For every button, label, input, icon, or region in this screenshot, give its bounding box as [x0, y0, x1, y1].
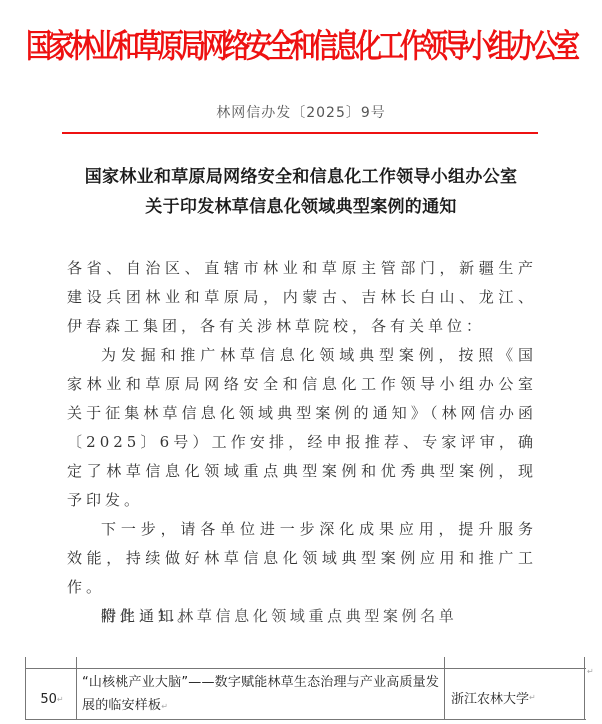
case-list-table: 50↵ “山核桃产业大脑”——数字赋能林草生态治理与产业高质量发展的临安样板↵ …	[26, 668, 586, 720]
paragraph-mark-icon: ↵	[529, 693, 536, 702]
table-row-organization-cell: 浙江农林大学↵	[451, 669, 581, 719]
notice-body: 各省、自治区、直辖市林业和草原主管部门，新疆生产建设兵团林业和草原局，内蒙古、吉…	[67, 254, 537, 631]
table-row-case-title-cell: “山核桃产业大脑”——数字赋能林草生态治理与产业高质量发展的临安样板↵	[82, 671, 442, 718]
table-row-number-cell: 50↵	[27, 669, 77, 719]
document-number: 林网信办发〔2025〕9号	[0, 102, 602, 124]
paragraph-mark-icon: ↵	[57, 695, 64, 704]
table-border-col2	[444, 657, 445, 720]
issuing-org-header: 国家林业和草原局网络安全和信息化工作领导小组办公室	[0, 22, 602, 72]
body-paragraph-1: 为发掘和推广林草信息化领域典型案例，按照《国家林业和草原局网络安全和信息化工作领…	[67, 341, 537, 515]
case-title: “山核桃产业大脑”——数字赋能林草生态治理与产业高质量发展的临安样板	[82, 675, 439, 713]
addressees: 各省、自治区、直辖市林业和草原主管部门，新疆生产建设兵团林业和草原局，内蒙古、吉…	[67, 254, 537, 341]
notice-title-line-1: 国家林业和草原局网络安全和信息化工作领导小组办公室	[0, 162, 602, 192]
table-border-left	[25, 657, 26, 720]
attachment-line: 附件：1.林草信息化领域重点典型案例名单	[101, 603, 457, 629]
notice-title: 国家林业和草原局网络安全和信息化工作领导小组办公室 关于印发林草信息化领域典型案…	[0, 162, 602, 222]
organization-name: 浙江农林大学	[451, 688, 529, 707]
row-end-mark-icon: ↵	[587, 667, 594, 676]
row-number: 50	[40, 692, 57, 707]
body-paragraph-2: 下一步，请各单位进一步深化成果应用，提升服务效能，持续做好林草信息化领域典型案例…	[67, 515, 537, 602]
red-divider-line	[62, 132, 538, 134]
paragraph-mark-icon: ↵	[161, 702, 168, 711]
table-border-right	[584, 657, 585, 720]
notice-title-line-2: 关于印发林草信息化领域典型案例的通知	[0, 192, 602, 222]
